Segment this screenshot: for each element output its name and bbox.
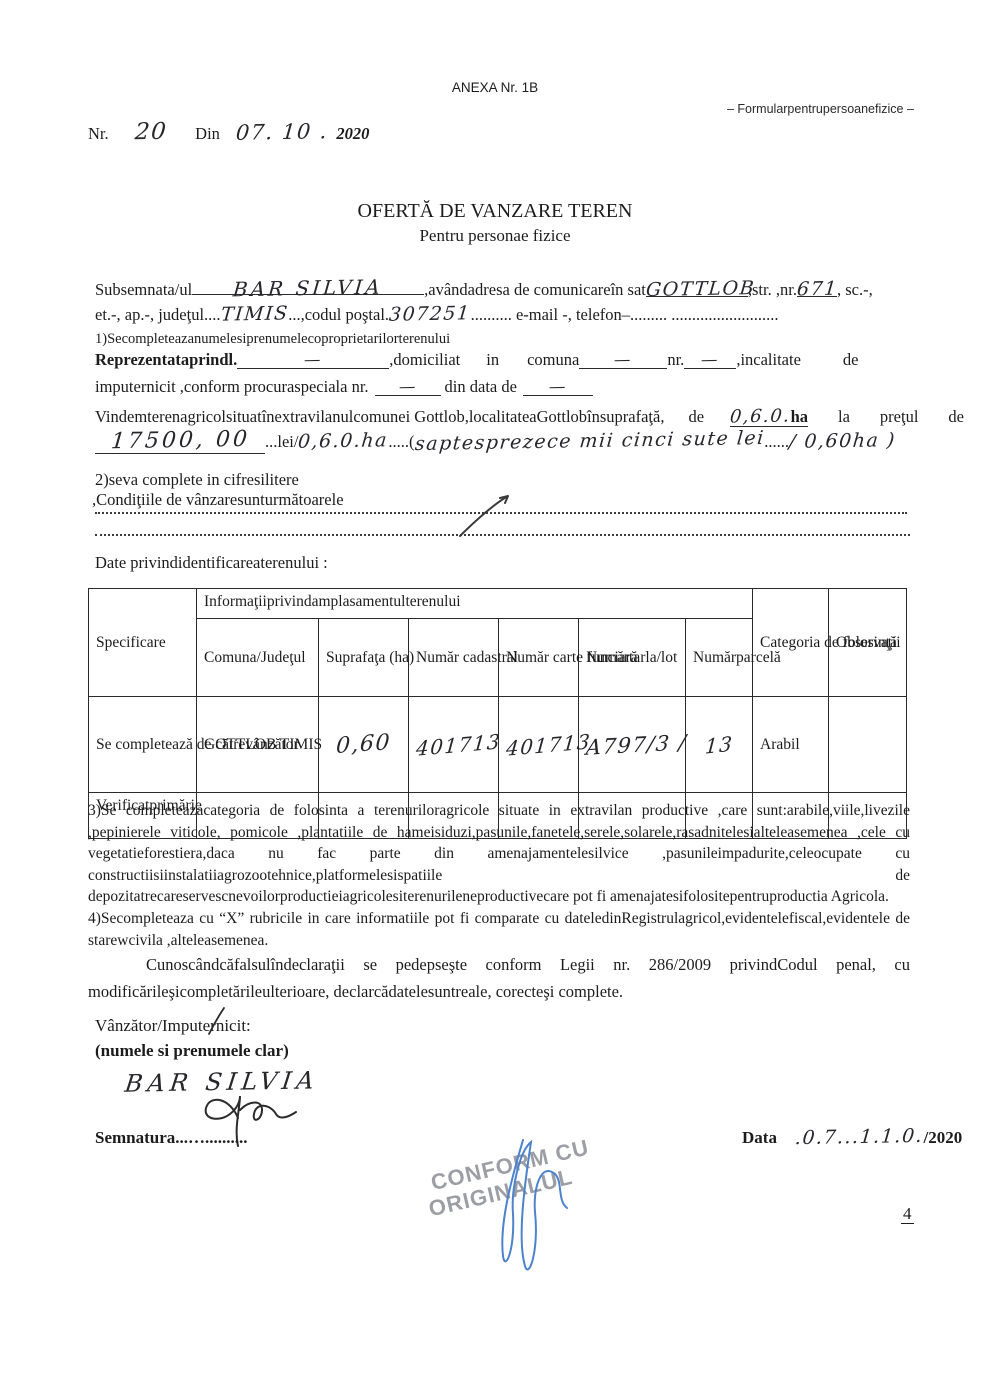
carte-funciara-handwritten: 401713 (505, 729, 592, 761)
number-handwritten: 671 (796, 278, 839, 301)
din-label: Din (195, 124, 220, 143)
row-label-seller: Se completează de cătrevânzător (89, 697, 197, 793)
representative-label: Reprezentataprindl. (95, 350, 237, 369)
price-words-handwritten: saptesprezece mii cinci sute lei (414, 427, 766, 455)
village-blank: GOTTLOB (646, 278, 748, 297)
nr-label: Nr. (88, 124, 109, 143)
col-suprafata: Suprafaţa (ha) (319, 619, 409, 697)
parcela-handwritten: 13 (704, 731, 734, 758)
land-id-heading: Date privindidentificareaterenului : (95, 553, 328, 573)
dots-filler: ...... (764, 432, 789, 451)
cell-cadastral: 401713 (409, 697, 499, 793)
registration-date-handwritten: 07. 10 . (235, 119, 329, 145)
representative-line: Reprezentataprindl.—,domiciliatincomuna—… (95, 350, 858, 370)
area-blank: 0,6.0.ha (730, 407, 808, 427)
subscriber-line-2: et.-, ap.-, judeţul....TIMIS...,codul po… (95, 303, 779, 325)
pretul-word: preţul (880, 407, 919, 426)
subscriber-line-1: Subsemnata/ulBAR SILVIA,avândadresa de c… (95, 276, 873, 300)
dash-handwritten: — (303, 350, 323, 369)
ha-label: ha (791, 407, 808, 426)
registration-year: 2020 (336, 124, 369, 143)
col-observatii: Observaţii (829, 589, 907, 697)
sc-label: , sc.-, (837, 280, 873, 299)
scanned-form-page: ANEXA Nr. 1B – Formularpentrupersoanefiz… (0, 0, 990, 1400)
date-line: Data .0.7...1.1.0./2020 (742, 1126, 962, 1148)
name-blank: BAR SILVIA (192, 276, 424, 295)
conditions-label: ,Condiţiile de vânzaresunturmătoarele (92, 490, 344, 510)
representative-blank: — (237, 350, 389, 369)
col-carte-funciara: Număr carte funciară (499, 619, 579, 697)
cell-comuna: GOTTLOB TIMIS (197, 697, 319, 793)
proxy-date-blank: — (523, 377, 593, 396)
quality-label: ,incalitate (736, 350, 801, 369)
dash-handwritten: — (614, 350, 634, 369)
address-label: ,avândadresa de comunicareîn sat (424, 280, 646, 299)
comuna-label: comuna (527, 350, 579, 369)
area-handwritten: 0,6.0. (729, 405, 791, 427)
col-comuna: Comuna/Judeţul (197, 619, 319, 697)
footnote-4: 4)Secompleteaza cu “X” rubricile in care… (88, 908, 910, 952)
footnote-3: 3)Se completeazacategoria de folosinta a… (88, 800, 910, 908)
seller-label: Vânzător/Imputernicit: (95, 1016, 251, 1036)
cell-carte-funciara: 401713 (499, 697, 579, 793)
col-tarla: Numărtarla/lot (579, 619, 686, 697)
col-info-amplasament: Informaţiiprivindamplasamentulterenului (197, 589, 753, 619)
cell-observatii (829, 697, 907, 793)
dash-handwritten: — (398, 377, 418, 396)
handwritten-slash-mark (456, 492, 516, 542)
comuna-blank: — (579, 350, 667, 369)
de-word2: de (948, 407, 964, 426)
zip-label: ...,codul poştal. (288, 305, 389, 324)
suprafata-handwritten: 0,60 (335, 730, 392, 759)
date-year: /2020 (923, 1128, 962, 1147)
de-label: de (843, 350, 859, 369)
county-handwritten: TIMIS (220, 302, 290, 325)
footnote-1: 1)Secompleteazanumelesiprenumelecopropri… (95, 331, 450, 348)
handwritten-strike-mark (205, 1006, 227, 1036)
col-parcela: Numărparcelă (686, 619, 753, 697)
date-handwritten: .0.7...1.1.0. (794, 1125, 924, 1149)
col-categoria: Categoria de folosinţă (753, 589, 829, 697)
village-handwritten: GOTTLOB (645, 277, 756, 301)
sale-text: Vindemterenagricolsituatînextravilanulco… (95, 407, 664, 426)
registration-line: Nr. 20 Din 07. 10 . 2020 (88, 119, 369, 145)
registration-number-handwritten: 20 (134, 119, 169, 146)
nr-blank: — (684, 350, 736, 369)
col-cadastral: Număr cadastral (409, 619, 499, 697)
domiciled-label: ,domiciliat (389, 350, 460, 369)
cell-tarla: A797/3 / (579, 697, 686, 793)
page-title: OFERTĂ DE VANZARE TEREN (0, 200, 990, 223)
email-phone-label: .......... e-mail -, telefon–......... .… (471, 305, 779, 324)
number-blank: 671 (797, 278, 837, 297)
col-specificare: Specificare (89, 589, 197, 697)
price-blank: 17500, 00 (95, 428, 265, 454)
cell-categoria: Arabil (753, 697, 829, 793)
annex-heading: ANEXA Nr. 1B (0, 80, 990, 95)
dash-handwritten: — (700, 350, 720, 369)
data-label: Data (742, 1128, 777, 1147)
la-word: la (838, 407, 850, 426)
footnote-2: 2)seva complete in cifresilitere (95, 470, 299, 490)
stamp-signature-scribble (485, 1138, 575, 1283)
name-note-label: (numele si prenumele clar) (95, 1041, 289, 1061)
page-number: 4 (901, 1204, 914, 1224)
county-label: et.-, ap.-, judeţul.... (95, 305, 221, 324)
de-word: de (688, 407, 704, 426)
lei-label: ...lei/ (265, 432, 298, 451)
dash-handwritten: — (548, 377, 568, 396)
proxy-line: imputernicit ,conform procuraspeciala nr… (95, 377, 593, 397)
sale-line-2: 17500, 00...lei/0,6.0.ha.....(saptesprez… (95, 428, 896, 454)
name-handwritten: BAR SILVIA (232, 275, 384, 302)
from-date-label: din data de (445, 377, 517, 396)
nr-field-label: nr. (667, 350, 684, 369)
semnatura-label: Semnatura...….......... (95, 1128, 248, 1148)
cadastral-handwritten: 401713 (415, 729, 502, 761)
subscriber-label: Subsemnata/ul (95, 280, 192, 299)
zip-handwritten: 307251 (388, 302, 471, 325)
in-label: in (486, 350, 499, 369)
page-subtitle: Pentru personae fizice (0, 226, 990, 246)
sale-line-1: Vindemterenagricolsituatînextravilanulco… (95, 406, 964, 427)
proxy-label: imputernicit ,conform procuraspeciala nr… (95, 377, 369, 396)
legal-declaration: Cunoscândcăfalsulîndeclaraţii se pedepse… (88, 951, 910, 1005)
price-handwritten: 17500, 00 (109, 427, 250, 454)
cell-suprafata: 0,60 (319, 697, 409, 793)
cell-parcela: 13 (686, 697, 753, 793)
per-ha-handwritten: 0,6.0.ha (297, 429, 389, 453)
table-row-seller: Se completează de cătrevânzător GOTTLOB … (89, 697, 907, 793)
page-number-value: 4 (901, 1204, 914, 1224)
tarla-handwritten: A797/3 / (585, 730, 688, 759)
form-type-note: – Formularpentrupersoanefizice – (727, 102, 914, 116)
dots-filler: .....( (388, 432, 414, 451)
price-tail-handwritten: / 0,60ha ) (788, 429, 897, 453)
proxy-nr-blank: — (375, 377, 441, 396)
